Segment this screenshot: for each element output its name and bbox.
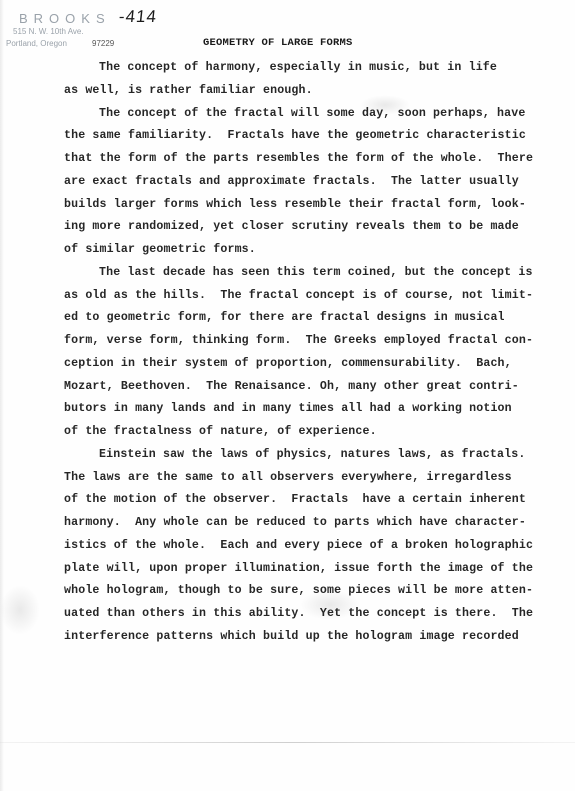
text-line: are exact fractals and approximate fract…: [64, 175, 519, 188]
page-bottom-edge: [0, 742, 575, 743]
text-line: interference patterns which build up the…: [64, 630, 519, 643]
handwritten-page-number: -414: [118, 8, 158, 25]
text-line: that the form of the parts resembles the…: [64, 152, 533, 165]
text-line: as well, is rather familiar enough.: [64, 84, 313, 97]
stamp-address-city: Portland, Oregon: [6, 40, 67, 48]
stamp-address-zip: 97229: [92, 40, 114, 48]
page-left-edge-shadow: [0, 0, 4, 791]
paper-smudge: [0, 585, 40, 635]
text-line: Mozart, Beethoven. The Renaisance. Oh, m…: [64, 380, 519, 393]
text-line: The last decade has seen this term coine…: [99, 266, 533, 279]
text-line: uated than others in this ability. Yet t…: [64, 607, 533, 620]
text-line: the same familiarity. Fractals have the …: [64, 129, 526, 142]
text-line: The laws are the same to all observers e…: [64, 471, 512, 484]
document-title: GEOMETRY OF LARGE FORMS: [203, 37, 353, 49]
text-line: The concept of the fractal will some day…: [99, 107, 525, 120]
text-line: as old as the hills. The fractal concept…: [64, 289, 533, 302]
text-line: of the motion of the observer. Fractals …: [64, 493, 526, 506]
text-line: of similar geometric forms.: [64, 243, 256, 256]
text-line: ception in their system of proportion, c…: [64, 357, 512, 370]
stamp-address-street: 515 N. W. 10th Ave.: [13, 28, 84, 36]
document-page: BROOKS -414 515 N. W. 10th Ave. Portland…: [0, 0, 575, 791]
text-line: of the fractalness of nature, of experie…: [64, 425, 377, 438]
text-line: plate will, upon proper illumination, is…: [64, 562, 533, 575]
text-line: harmony. Any whole can be reduced to par…: [64, 516, 526, 529]
text-line: builds larger forms which less resemble …: [64, 198, 526, 211]
text-line: The concept of harmony, especially in mu…: [99, 61, 497, 74]
text-line: whole hologram, though to be sure, some …: [64, 584, 533, 597]
text-line: form, verse form, thinking form. The Gre…: [64, 334, 533, 347]
stamp-name: BROOKS: [19, 12, 111, 25]
text-line: Einstein saw the laws of physics, nature…: [99, 448, 525, 461]
text-line: ing more randomized, yet closer scrutiny…: [64, 220, 519, 233]
text-line: ed to geometric form, for there are frac…: [64, 311, 505, 324]
text-line: istics of the whole. Each and every piec…: [64, 539, 533, 552]
text-line: butors in many lands and in many times a…: [64, 402, 512, 415]
